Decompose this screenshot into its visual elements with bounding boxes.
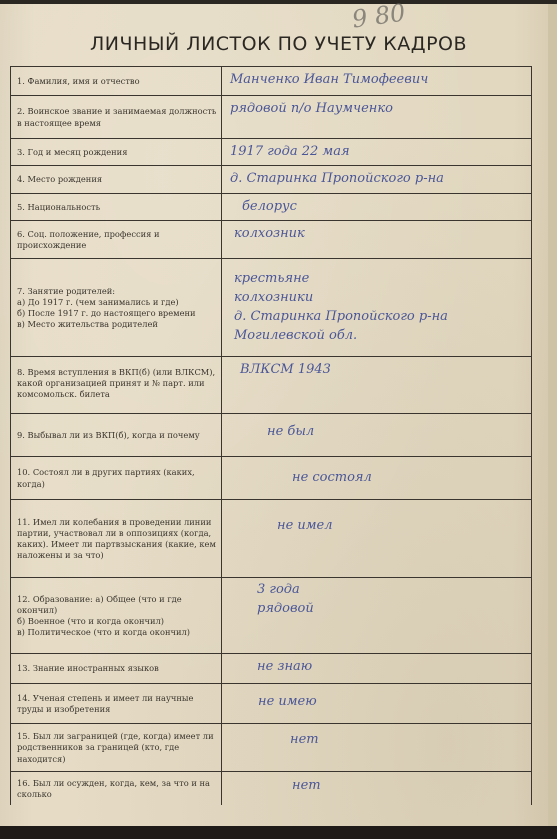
field-value-full-name: Манченко Иван Тимофеевич	[221, 67, 532, 95]
form-row-15: 15. Был ли заграницей (где, когда) имеет…	[10, 723, 532, 771]
paper-edge	[548, 4, 557, 826]
form-row-13: 13. Знание иностранных языков не знаю	[10, 653, 532, 683]
field-value-opposition: не имел	[221, 500, 532, 577]
form-row-2: 2. Воинское звание и занимаемая должност…	[10, 95, 532, 138]
field-label: 11. Имел ли колебания в проведении линии…	[10, 500, 221, 577]
form-row-8: 8. Время вступления в ВКП(б) (или ВЛКСМ)…	[10, 356, 532, 413]
field-label: 2. Воинское звание и занимаемая должност…	[10, 96, 221, 138]
field-label: 9. Выбывал ли из ВКП(б), когда и почему	[10, 414, 221, 456]
scan-background	[0, 826, 557, 839]
field-value-other-parties: не состоял	[221, 457, 532, 499]
field-value-party-join: ВЛКСМ 1943	[221, 357, 532, 413]
field-value-birthplace: д. Старинка Пропойского р-на	[221, 166, 532, 193]
field-label: 4. Место рождения	[10, 166, 221, 193]
form-row-4: 4. Место рождения д. Старинка Пропойског…	[10, 165, 532, 193]
field-value-convictions: нет	[221, 772, 532, 805]
field-label: 13. Знание иностранных языков	[10, 654, 221, 683]
form-row-14: 14. Ученая степень и имеет ли научные тр…	[10, 683, 532, 723]
field-label: 14. Ученая степень и имеет ли научные тр…	[10, 684, 221, 723]
field-value-rank-position: рядовой п/о Наумченко	[221, 96, 532, 138]
field-value-social-status: колхозник	[221, 221, 532, 258]
form-row-11: 11. Имел ли колебания в проведении линии…	[10, 499, 532, 577]
page-title: ЛИЧНЫЙ ЛИСТОК ПО УЧЕТУ КАДРОВ	[0, 33, 557, 55]
form-row-16: 16. Был ли осужден, когда, кем, за что и…	[10, 771, 532, 805]
form-row-7: 7. Занятие родителей: а) До 1917 г. (чем…	[10, 258, 532, 356]
field-label: 15. Был ли заграницей (где, когда) имеет…	[10, 724, 221, 771]
field-value-party-exit: не был	[221, 414, 532, 456]
field-label: 16. Был ли осужден, когда, кем, за что и…	[10, 772, 221, 805]
form-row-10: 10. Состоял ли в других партиях (каких, …	[10, 456, 532, 499]
field-label: 7. Занятие родителей: а) До 1917 г. (чем…	[10, 259, 221, 356]
field-label: 5. Национальность	[10, 194, 221, 220]
field-value-birth-date: 1917 года 22 мая	[221, 139, 532, 165]
field-value-education: 3 года рядовой	[221, 578, 532, 653]
form-row-9: 9. Выбывал ли из ВКП(б), когда и почему …	[10, 413, 532, 456]
form-row-12: 12. Образование: а) Общее (что и где око…	[10, 577, 532, 653]
form-row-1: 1. Фамилия, имя и отчество Манченко Иван…	[10, 66, 532, 95]
field-value-abroad: нет	[221, 724, 532, 771]
field-label: 10. Состоял ли в других партиях (каких, …	[10, 457, 221, 499]
field-value-languages: не знаю	[221, 654, 532, 683]
field-value-degree: не имею	[221, 684, 532, 723]
field-label: 3. Год и месяц рождения	[10, 139, 221, 165]
field-value-parents: крестьяне колхозники д. Старинка Пропойс…	[221, 259, 532, 356]
form-row-6: 6. Соц. положение, профессия и происхожд…	[10, 220, 532, 258]
field-label: 8. Время вступления в ВКП(б) (или ВЛКСМ)…	[10, 357, 221, 413]
form-row-5: 5. Национальность белорус	[10, 193, 532, 220]
field-label: 6. Соц. положение, профессия и происхожд…	[10, 221, 221, 258]
form-row-3: 3. Год и месяц рождения 1917 года 22 мая	[10, 138, 532, 165]
field-value-nationality: белорус	[221, 194, 532, 220]
personnel-form-table: 1. Фамилия, имя и отчество Манченко Иван…	[10, 66, 532, 805]
field-label: 1. Фамилия, имя и отчество	[10, 67, 221, 95]
field-label: 12. Образование: а) Общее (что и где око…	[10, 578, 221, 653]
